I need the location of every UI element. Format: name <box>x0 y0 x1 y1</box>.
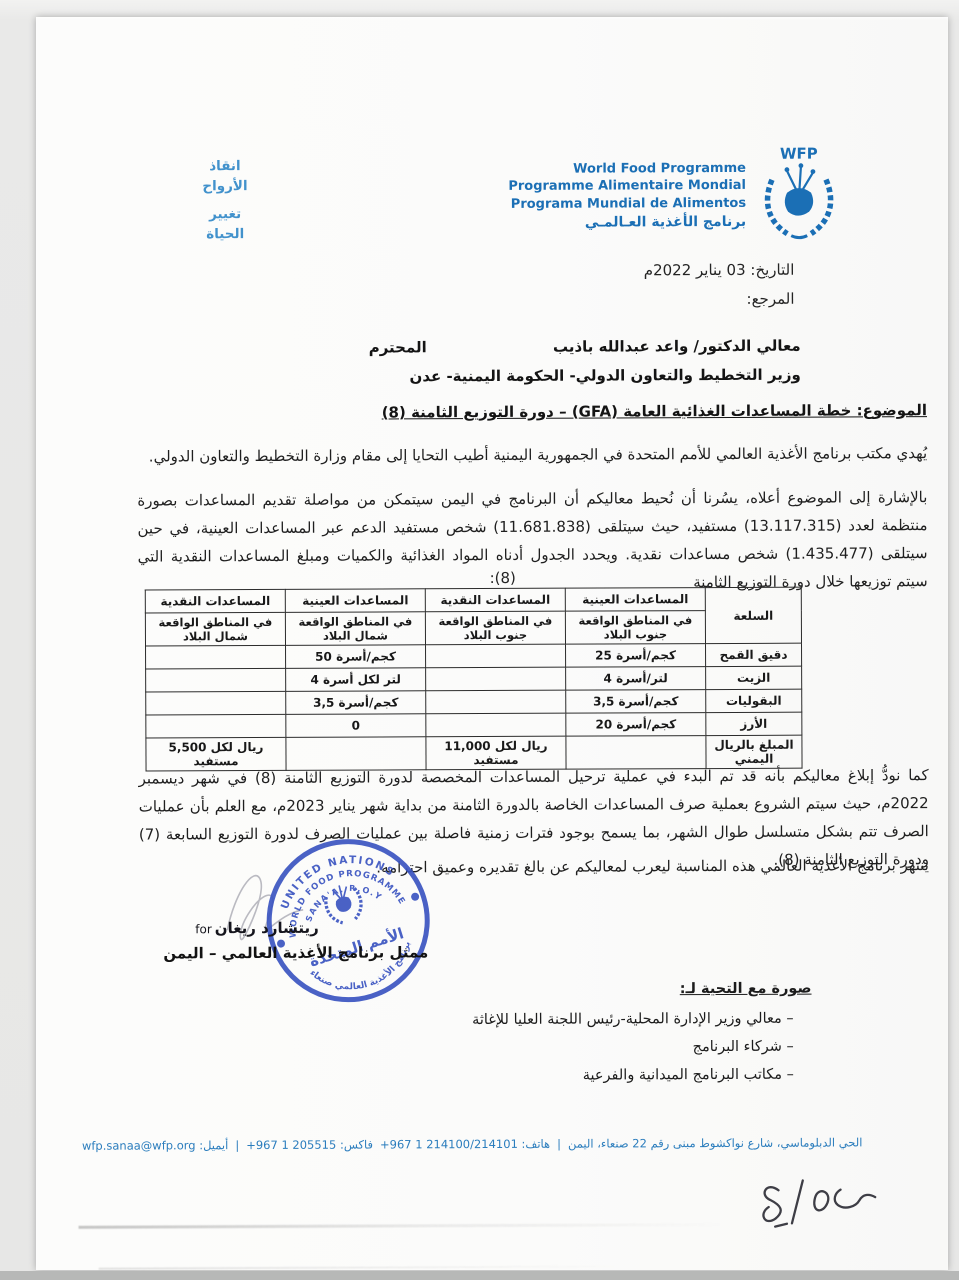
footer-address: الحي الدبلوماسي، شارع نواكشوط مبنى رقم 2… <box>568 1135 863 1150</box>
org-name-en: World Food Programme <box>508 160 746 179</box>
table-row: دقيق القمح 25 كجم/أسرة 50 كجم/أسرة <box>146 643 802 669</box>
value-cell: 0 <box>286 714 426 738</box>
col-cash-north-region: في المناطق الواقعة شمال البلاد <box>145 612 285 646</box>
date-line: التاريخ: 03 يناير 2022م <box>644 256 795 286</box>
col-inkind-south: المساعدات العينية <box>565 588 705 612</box>
value-cell <box>146 714 286 738</box>
addressee-name-line: معالي الدكتور/ واعد عبدالله باذيب المحتر… <box>369 332 801 363</box>
table-row: البقوليات 3,5 كجم/أسرة 3,5 كجم/أسرة <box>146 689 802 715</box>
value-cell: 3,5 كجم/أسرة <box>566 690 706 714</box>
motto-line: انقاذ <box>182 156 268 177</box>
col-inkind-south-region: في المناطق الواقعة جنوب البلاد <box>565 611 705 645</box>
cc-item: – شركاء البرنامج <box>472 1033 794 1062</box>
cc-block: صورة مع التحية لـ: – معالي وزير الإدارة … <box>472 981 812 1090</box>
value-cell <box>146 691 286 715</box>
col-cash-south: المساعدات النقدية <box>425 588 565 612</box>
motto-line: الأرواح <box>182 176 268 197</box>
value-cell: 3,5 كجم/أسرة <box>286 691 426 715</box>
org-name-es: Programa Mundial de Alimentos <box>508 195 746 214</box>
signatory-name: ريتشارد ريغان <box>215 919 319 937</box>
scan-smudge <box>99 1265 619 1269</box>
value-cell: 4 لتر لكل أسرة <box>286 668 426 692</box>
value-cell <box>426 713 566 737</box>
letter-footer: الحي الدبلوماسي، شارع نواكشوط مبنى رقم 2… <box>134 1136 810 1153</box>
reference-label: المرجع: <box>644 285 795 315</box>
cc-dash: – <box>786 1039 793 1055</box>
letter-meta: التاريخ: 03 يناير 2022م المرجع: <box>644 256 795 315</box>
footer-separator: | <box>235 1138 239 1152</box>
addressee-block: معالي الدكتور/ واعد عبدالله باذيب المحتر… <box>369 332 801 392</box>
letter-page: انقاذ الأرواح تغيير الحياة World Food Pr… <box>36 17 948 1270</box>
subject-line: الموضوع: خطة المساعدات الغذائية العامة (… <box>382 401 927 421</box>
value-cell: 20 كجم/أسرة <box>566 713 706 737</box>
paragraph-greeting: يُهدي مكتب برنامج الأغذية العالمي للأمم … <box>137 439 927 470</box>
cc-item: – مكاتب البرنامج الميدانية والفرعية <box>472 1061 794 1090</box>
cc-title: صورة مع التحية لـ: <box>472 981 812 998</box>
org-name-fr: Programme Alimentaire Mondial <box>508 177 746 196</box>
footer-fax: فاكس: +967 1 205515 <box>246 1138 373 1153</box>
wfp-org-names: World Food Programme Programme Alimentai… <box>508 160 746 232</box>
date-value: 03 يناير 2022م <box>644 261 746 279</box>
assistance-table: السلعة المساعدات العينية المساعدات النقد… <box>145 587 803 772</box>
emblem-wfp-text: WFP <box>780 145 818 163</box>
wfp-motto: انقاذ الأرواح تغيير الحياة <box>182 156 268 244</box>
footer-email: أيميل: wfp.sanaa@wfp.org <box>82 1138 228 1153</box>
addressee-name: معالي الدكتور/ واعد عبدالله باذيب <box>553 332 801 362</box>
date-label: التاريخ: <box>750 261 794 279</box>
value-cell: 50 كجم/أسرة <box>286 645 426 669</box>
addressee-honorific: المحترم <box>369 333 427 362</box>
table-header-row: السلعة المساعدات العينية المساعدات النقد… <box>145 587 801 613</box>
cc-item: – معالي وزير الإدارة المحلية-رئيس اللجنة… <box>472 1005 794 1034</box>
commodity-cell: دقيق القمح <box>706 643 802 666</box>
value-cell: 4 لتر/أسرة <box>566 667 706 691</box>
motto-line: الحياة <box>182 224 268 245</box>
scan-smudge <box>79 1223 724 1229</box>
org-name-ar: برنامج الأغذية العـالمـي <box>508 214 746 231</box>
footer-separator: | <box>557 1137 561 1151</box>
value-cell <box>146 668 286 692</box>
signatory-for-label: for <box>195 922 212 936</box>
table-row: الزيت 4 لتر/أسرة 4 لتر لكل أسرة <box>146 666 802 692</box>
value-cell <box>146 645 286 669</box>
col-inkind-north-region: في المناطق الواقعة شمال البلاد <box>285 612 425 646</box>
col-commodity: السلعة <box>705 587 801 643</box>
paragraph-tail: (8): <box>108 567 898 588</box>
table-row: الأرز 20 كجم/أسرة 0 <box>146 712 802 738</box>
footer-phone: هاتف: +967 1 214100/214101 <box>380 1137 550 1152</box>
value-cell <box>426 690 566 714</box>
wfp-letterhead: World Food Programme Programme Alimentai… <box>508 143 842 246</box>
cc-dash: – <box>787 1067 794 1083</box>
commodity-cell: البقوليات <box>706 689 802 712</box>
col-cash-north: المساعدات النقدية <box>145 589 285 613</box>
value-cell <box>426 644 566 668</box>
value-cell <box>426 667 566 691</box>
table-subheader-row: في المناطق الواقعة جنوب البلاد في المناط… <box>145 610 801 646</box>
motto-line: تغيير <box>182 203 268 224</box>
commodity-cell: الأرز <box>706 712 802 735</box>
scanned-letter: انقاذ الأرواح تغيير الحياة World Food Pr… <box>0 0 959 1280</box>
col-inkind-north: المساعدات العينية <box>285 589 425 613</box>
col-cash-south-region: في المناطق الواقعة جنوب البلاد <box>425 611 565 645</box>
handwritten-note <box>747 1169 883 1264</box>
scan-edge <box>0 1271 959 1280</box>
signatory-line: ريتشارد ريغان for <box>195 919 319 938</box>
commodity-cell: الزيت <box>706 666 802 689</box>
cc-dash: – <box>786 1011 793 1027</box>
signatory-title: ممثل برنامج الأغذية العالمي – اليمن <box>163 943 428 962</box>
value-cell: 25 كجم/أسرة <box>566 644 706 668</box>
wfp-emblem-icon: WFP <box>756 143 842 245</box>
addressee-title: وزير التخطيط والتعاون الدولي- الحكومة ال… <box>369 361 801 392</box>
